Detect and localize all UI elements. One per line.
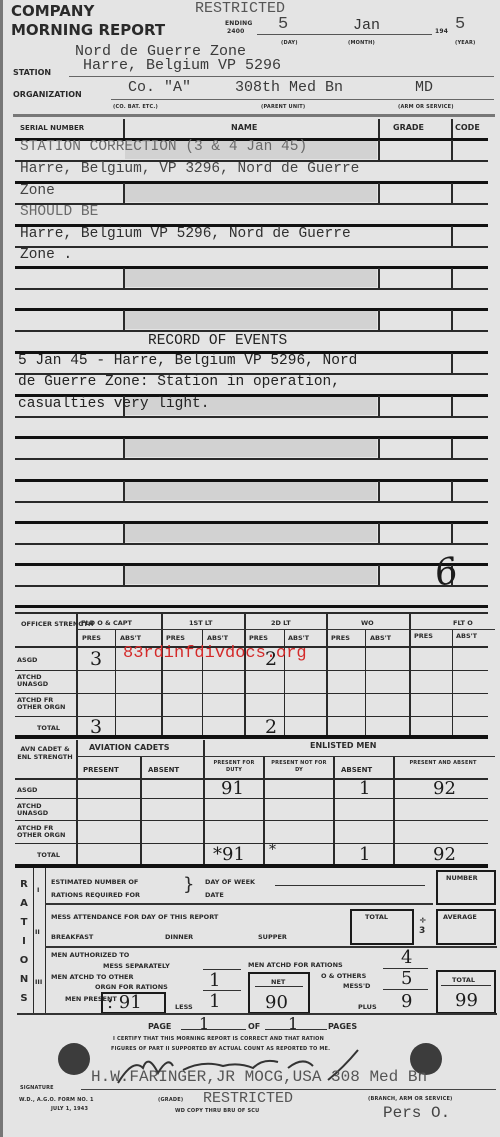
col-divider [409,612,411,736]
net-divider [255,986,303,987]
officer-strength-label: OFFICER STRENGTH [21,620,73,628]
date-label: DATE [205,891,224,899]
col-divider [378,268,380,288]
row-line [15,843,488,844]
col-divider [203,740,205,866]
row-line [15,716,488,717]
subcol-pres: PRES [249,634,268,642]
others-messed-value: 5 [401,968,412,989]
row-line [15,778,488,780]
total-divider [441,985,491,986]
col-divider [244,612,246,736]
net-label: NET [271,978,285,986]
cell-shade [125,524,377,542]
org-caption-arm: (ARM OR SERVICE) [398,104,454,110]
row-line [15,735,488,739]
year-prefix: 194 [435,28,448,35]
col-divider [451,310,453,330]
event-line: de Guerre Zone: Station in operation, [18,374,340,390]
col-name: NAME [231,123,257,132]
enlisted-men-header: ENLISTED MEN [310,741,376,750]
col-divider [378,310,380,330]
station-label: STATION [13,68,51,77]
subheader-line [77,756,495,757]
rations-side-label: R A T I O N S [18,875,30,1008]
col-present-for-duty: PRESENT FOR DUTY [209,760,259,774]
ending-time: 2400 [227,28,245,35]
less-value: 1 [209,991,220,1012]
present-not-for-duty-total: * [269,842,276,858]
col-divider [123,183,125,203]
men-auth-label-1: MEN AUTHORIZED TO [51,951,129,959]
roster-line: Zone . [20,247,72,263]
mess-total-label: TOTAL [365,913,388,921]
col-grade: GRADE [393,123,424,132]
form-title-line2: MORNING REPORT [11,21,165,39]
col-divider [378,140,380,160]
col-divider [123,523,125,543]
dinner-label: DINNER [165,933,193,941]
arm-value: Pers O. [383,1104,450,1122]
col-divider [123,438,125,458]
col-divider [378,119,380,139]
of-label: OF [248,1022,260,1031]
cell-shade [125,269,377,287]
signature-typed-name: H.W.FARINGER,JR MOCG,USA 308 Med Bn [91,1068,427,1086]
estimated-rations-label-1: ESTIMATED NUMBER OF [51,878,138,886]
men-atchd-other-label-2: ORGN FOR RATIONS [95,983,168,991]
col-code: CODE [455,123,480,132]
col-absent: ABSENT [148,766,179,774]
mess-attendance-label: MESS ATTENDANCE FOR DAY OF THIS REPORT [51,913,218,921]
aviation-cadets-header: AVIATION CADETS [89,743,170,752]
event-line: 5 Jan 45 - Harre, Belgium VP 5296, Nord [18,353,357,369]
group-1st-lt: 1ST LT [189,619,212,627]
group-wo: WO [361,619,374,627]
col-divider [161,612,163,736]
org-unit: 308th Med Bn [235,79,343,96]
col-divider [123,310,125,330]
side-letter: R [18,875,30,894]
row-label-atchd-unasgd: ATCHD UNASGD [17,803,67,817]
group-2d-lt: 2D LT [271,619,291,627]
side-letter: N [18,970,30,989]
row-label-atchd-fr-other: ATCHD FR OTHER ORGN [17,825,75,839]
classification-stamp-top: RESTRICTED [195,0,285,17]
present-for-duty-asgd: 91 [221,778,244,799]
initials-mark: 6 [431,550,462,595]
arm-caption: (BRANCH, ARM OR SERVICE) [368,1096,453,1102]
col-present: PRESENT [83,766,119,774]
page-label: PAGE [148,1022,171,1031]
col-serial-number: SERIAL NUMBER [20,124,84,132]
col-divider [451,140,453,160]
report-day: 5 [278,15,288,34]
watermark: 83rdinfdivdocs.org [123,644,307,663]
col-divider [123,268,125,288]
col-divider [123,481,125,501]
page-total: 1 [288,1014,298,1033]
col-divider [451,226,453,246]
men-auth-label-2: MESS SEPARATELY [103,962,170,970]
col-present-and-absent: PRESENT AND ABSENT [403,760,483,767]
side-letter: O [18,951,30,970]
subcol-abst: ABS'T [120,634,141,642]
row-line [15,612,488,614]
page-underline [181,1029,246,1030]
rations-total-label: TOTAL [452,976,475,984]
fld-capt-pres-asgd: 3 [90,648,102,670]
col-divider [451,183,453,203]
col-divider [451,353,453,373]
org-arm: MD [415,79,433,96]
col-divider [123,565,125,585]
col-present-not-for-duty: PRESENT NOT FOR DY [269,760,329,774]
row-line [45,946,497,948]
present-and-absent-total: 92 [433,844,456,865]
cell-shade [125,311,377,329]
ending-label: ENDING [225,20,252,27]
absent-total: 1 [359,844,370,865]
row-label-total: TOTAL [37,724,60,732]
group-fld-o-capt: FLD O & CAPT [81,619,132,627]
event-line: casualties very light. [18,396,209,412]
roster-line: STATION CORRECTION (3 & 4 Jan 45) [20,139,307,155]
form-number-1: W.D., A.G.O. FORM NO. 1 [19,1097,94,1103]
cell-shade [125,482,377,500]
subheader-line [77,629,495,630]
subcol-abst: ABS'T [370,634,391,642]
signature-label: SIGNATURE [20,1085,54,1091]
row-line [15,416,488,418]
men-atchd-other-value: 1 [209,970,220,991]
men-atchd-other-label-1: MEN ATCHD TO OTHER [51,973,134,981]
col-divider [76,740,78,866]
plus-value: 9 [401,991,412,1012]
brace: } [183,874,194,895]
section-ii: II [35,928,40,936]
row-line [15,693,488,694]
col-divider [45,868,46,1013]
ws-copy-note: WD COPY THRU BRU OF SCU [175,1108,259,1114]
row-line [15,330,488,332]
col-divider [326,612,328,736]
station-line2: Harre, Belgium VP 5296 [83,57,281,74]
fld-capt-pres-total: 3 [90,716,102,738]
plus-label: PLUS [358,1003,377,1011]
day-caption: (DAY) [281,40,298,46]
col-divider [451,438,453,458]
row-label-asgd: ASGD [17,656,37,664]
enlisted-strength-label: AVN CADET & ENL STRENGTH [15,745,75,761]
side-letter: T [18,913,30,932]
present-for-duty-total: *91 [213,844,245,865]
side-letter: I [18,932,30,951]
col-divider [378,523,380,543]
col-divider [378,565,380,585]
col-divider [451,481,453,501]
rations-total-value: 99 [455,990,478,1011]
org-caption-unit: (PARENT UNIT) [261,104,305,110]
org-company: Co. "A" [128,79,191,96]
present-and-absent-asgd: 92 [433,778,456,799]
estimated-rations-label-2: RATIONS REQUIRED FOR [51,891,140,899]
row-label-total: TOTAL [37,851,60,859]
row-line [15,670,488,671]
men-atchd-rations-value: 4 [401,947,412,968]
subcol-pres: PRES [331,634,350,642]
row-line [15,246,488,248]
row-line [17,1013,497,1015]
record-of-events-title: RECORD OF EVENTS [148,333,287,349]
col-divider [451,268,453,288]
org-caption-company: (CO. BAT. ETC.) [113,104,158,110]
col-divider [140,757,142,866]
roster-line: Harre, Belgium VP 5296, Nord de Guerre [20,226,351,242]
others-messed-underline [383,989,428,990]
roster-line: SHOULD BE [20,204,98,220]
col-divider [393,757,395,866]
subcol-abst: ABS'T [207,634,228,642]
subcol-abst: ABS'T [288,634,309,642]
row-label-atchd-fr-other: ATCHD FR OTHER ORGN [17,697,75,711]
col-divider [263,757,265,866]
col-divider [378,396,380,416]
row-line [15,585,488,587]
absent-asgd: 1 [359,778,370,799]
row-label-atchd-unasgd: ATCHD UNASGD [17,674,67,688]
day-of-week-label: DAY OF WEEK [205,878,255,886]
form-number-2: JULY 1, 1943 [51,1106,88,1112]
roster-line: Zone [20,183,55,199]
year-caption: (YEAR) [455,40,476,46]
col-divider [76,612,78,736]
col-divider [333,757,335,866]
col-divider [451,396,453,416]
row-line [15,798,488,799]
row-line [15,820,488,821]
classification-stamp-bottom: RESTRICTED [203,1090,293,1107]
group-flt-o: FLT O [453,619,473,627]
divide-by-three: ÷ 3 [419,916,429,936]
report-year: 5 [455,15,465,34]
col-divider [378,481,380,501]
report-month: Jan [353,17,380,34]
side-letter: A [18,894,30,913]
row-line [15,458,488,460]
col-divider [451,523,453,543]
cell-shade [125,439,377,457]
breakfast-label: BREAKFAST [51,933,93,941]
row-line [15,288,488,290]
grade-caption: (GRADE) [158,1097,183,1103]
men-atchd-rations-label: MEN ATCHD FOR RATIONS [248,961,343,969]
side-letter: S [18,989,30,1008]
station-underline [69,76,494,77]
header-divider [13,114,495,117]
row-line [15,605,488,608]
average-label: AVERAGE [443,913,477,921]
subcol-pres: PRES [414,632,433,640]
date-underline [257,34,432,35]
morning-report-document: COMPANY MORNING REPORT RESTRICTED ENDING… [0,0,500,1137]
row-line [15,501,488,503]
section-i: I [37,886,39,894]
organization-label: ORGANIZATION [13,90,82,99]
subcol-pres: PRES [166,634,185,642]
day-of-week-underline [275,885,425,886]
roster-line: Harre, Belgium, VP 3296, Nord de Guerre [20,161,359,177]
col-enl-absent: ABSENT [341,766,372,774]
net-value: 90 [265,992,288,1013]
others-messed-label-2: MESS'D [343,982,370,990]
row-label-asgd: ASGD [17,786,37,794]
supper-label: SUPPER [258,933,287,941]
others-messed-label-1: O & OTHERS [321,972,366,980]
subcol-abst: ABS'T [456,632,477,640]
cell-shade [125,566,377,584]
punch-hole-left-icon [58,1043,90,1075]
less-label: LESS [175,1003,193,1011]
month-caption: (MONTH) [348,40,375,46]
section-iii: III [35,978,42,986]
row-line [45,903,433,905]
pages-label: PAGES [328,1022,357,1031]
col-divider [378,438,380,458]
cell-shade [125,184,377,202]
certify-line1: I CERTIFY THAT THIS MORNING REPORT IS CO… [113,1036,324,1042]
col-divider [33,868,34,1013]
col-divider [123,119,125,139]
col-divider [451,119,453,139]
row-line [15,864,488,868]
form-title-line1: COMPANY [11,2,94,20]
men-present-value: : 91 [107,992,142,1013]
col-divider [378,183,380,203]
subcol-pres: PRES [82,634,101,642]
organization-underline [111,99,494,100]
row-line [15,543,488,545]
2d-lt-pres-total: 2 [265,716,277,738]
page-number: 1 [199,1014,209,1033]
number-label: NUMBER [446,874,478,882]
